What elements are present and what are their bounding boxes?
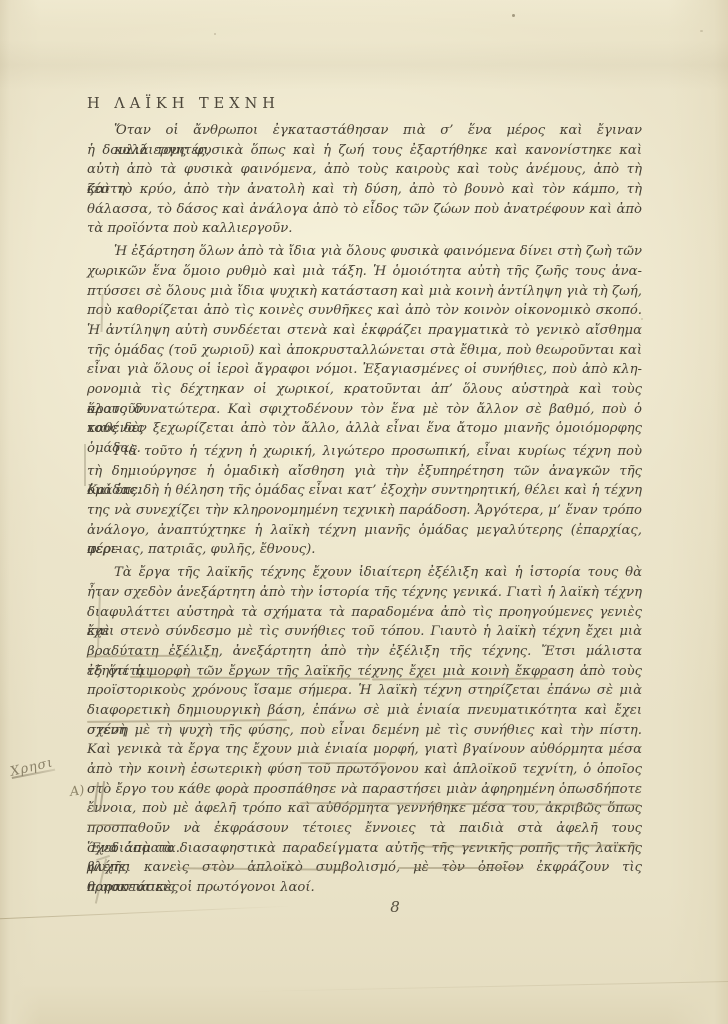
text-line: Καὶ γενικὰ τὰ ἔργα της ἔχουν μιὰ ἑνιαία … xyxy=(87,740,642,760)
text-line: ἀνάλογο, ἀναπτύχτηκε ἡ λαϊκὴ τέχνη μιανῆ… xyxy=(87,521,642,541)
text-line: τὴ δημιούργησε ἡ ὁμαδικὴ αἴσθηση γιὰ τὴν… xyxy=(87,462,642,482)
text-line: ἦταν σχεδὸν ἀνεξάρτητη ἀπὸ τὴν ἱστορία τ… xyxy=(87,583,642,603)
text-line: της νὰ συνεχίζει τὴν κληρονομημένη τεχνι… xyxy=(87,501,642,521)
ink-speck xyxy=(560,338,564,340)
paper-crease xyxy=(240,981,728,992)
text-line: ὅλους δυνατώτερα. Καὶ σφιχτοδένουν τὸν ἕ… xyxy=(87,400,642,420)
page-title: Η ΛΑΪΚΗ ΤΕΧΝΗ xyxy=(87,96,280,112)
text-line: προϊστορικοὺς χρόνους ἴσαμε σήμερα. Ἡ λα… xyxy=(87,681,642,701)
paragraph: Τὰ ἔργα τῆς λαϊκῆς τέχνης ἔχουν ἰδιαίτερ… xyxy=(87,563,642,898)
text-line: χωρικῶν ἕνα ὅμοιο ρυθμὸ καὶ μιὰ τάξη. Ἡ … xyxy=(87,262,642,282)
text-line: Ὅταν οἱ ἄνθρωποι ἐγκαταστάθησαν πιὰ σ’ ἕ… xyxy=(87,121,642,141)
text-line: ρονομιὰ τὶς δέχτηκαν οἱ χωρικοί, κρατοῦν… xyxy=(87,380,642,400)
text-line: Ἡ ἐξάρτηση ὅλων ἀπὸ τὰ ἴδια γιὰ ὅλους φυ… xyxy=(87,242,642,262)
text-line: τὰ προϊόντα ποὺ καλλιεργοῦν. xyxy=(87,219,642,239)
ink-speck xyxy=(641,318,643,320)
paper-crease xyxy=(0,905,294,919)
text-line: Ἡ ἀντίληψη αὐτὴ συνδέεται στενὰ καὶ ἐκφρ… xyxy=(87,321,642,341)
text-line: ἔχει στενὸ σύνδεσμο μὲ τὶς συνήθιες τοῦ … xyxy=(87,622,642,642)
text-line: τους δὲν ξεχωρίζεται ἀπὸ τὸν ἄλλο, ἀλλὰ … xyxy=(87,419,642,439)
text-line: αὐτὴ ἀπὸ τὰ φυσικὰ φαινόμενα, ἀπὸ τοὺς κ… xyxy=(87,160,642,180)
pencil-underline xyxy=(87,824,133,826)
text-line: προσπαθοῦν νὰ ἐκφράσουν τέτοιες ἔννοιες … xyxy=(87,819,642,839)
text-line: φέρειας, πατριᾶς, φυλῆς, ἔθνους). xyxy=(87,540,642,560)
pencil-underline xyxy=(300,762,386,764)
scan-shading xyxy=(0,40,728,90)
text-line: Καὶ ἐπειδὴ ἡ θέληση τῆς ὁμάδας εἶναι κατ… xyxy=(87,481,642,501)
text-line: διαφορετικὴ δημιουργικὴ βάση, ἐπάνω σὲ μ… xyxy=(87,701,642,721)
paragraph: Γιὰ τοῦτο ἡ τέχνη ἡ χωρική, λιγώτερο προ… xyxy=(87,442,642,560)
body-text: Ὅταν οἱ ἄνθρωποι ἐγκαταστάθησαν πιὰ σ’ ἕ… xyxy=(87,121,642,901)
ink-speck xyxy=(700,30,703,32)
text-line: στὸ ἔργο του κάθε φορὰ προσπάθησε νὰ παρ… xyxy=(87,780,642,800)
text-line: καὶ τὸ κρύο, ἀπὸ τὴν ἀνατολὴ καὶ τὴ δύση… xyxy=(87,180,642,200)
ink-speck xyxy=(512,14,515,17)
text-line: σχέση μὲ τὴ ψυχὴ τῆς φύσης, ποὺ εἶναι δε… xyxy=(87,721,642,741)
text-line: παραστάσεις οἱ πρωτόγονοι λαοί. xyxy=(87,878,642,898)
text-line: θάλασσα, τὸ δάσος καὶ ἀνάλογα ἀπὸ τὸ εἶδ… xyxy=(87,200,642,220)
paragraph: Ἡ ἐξάρτηση ὅλων ἀπὸ τὰ ἴδια γιὰ ὅλους φυ… xyxy=(87,242,642,439)
text-line: διαφυλάττει αὐστηρὰ τὰ σχήματα τὰ παραδο… xyxy=(87,603,642,623)
scanned-book-page: Η ΛΑΪΚΗ ΤΕΧΝΗ Ὅταν οἱ ἄνθρωποι ἐγκαταστά… xyxy=(0,0,728,1024)
text-line: βλέπει κανεὶς στὸν ἁπλοϊκὸ συμβολισμό, μ… xyxy=(87,858,642,878)
ink-speck xyxy=(214,33,216,35)
text-line: τῆς ὁμάδας (τοῦ χωριοῦ) καὶ ἀποκρυσταλλώ… xyxy=(87,341,642,361)
pencil-margin-line xyxy=(84,444,86,486)
page-number: 8 xyxy=(380,898,410,916)
text-line: Γιὰ τοῦτο ἡ τέχνη ἡ χωρική, λιγώτερο προ… xyxy=(87,442,642,462)
text-line: εἶναι γιὰ ὅλους οἱ ἱεροὶ ἄγραφοι νόμοι. … xyxy=(87,360,642,380)
handwritten-letter-mark: Α) xyxy=(69,783,85,800)
text-line: Τὰ ἔργα τῆς λαϊκῆς τέχνης ἔχουν ἰδιαίτερ… xyxy=(87,563,642,583)
text-line: πτύσσει σὲ ὅλους μιὰ ἴδια ψυχικὴ κατάστα… xyxy=(87,282,642,302)
handwritten-margin-note: Χρησι xyxy=(9,755,55,779)
text-line: ἡ δουλιά τους φυσικὰ ὅπως καὶ ἡ ζωή τους… xyxy=(87,141,642,161)
text-line: ποὺ καθορίζεται ἀπὸ τὶς κοινὲς συνθῆκες … xyxy=(87,301,642,321)
paragraph: Ὅταν οἱ ἄνθρωποι ἐγκαταστάθησαν πιὰ σ’ ἕ… xyxy=(87,121,642,239)
text-line: Ἕνα ἀπὸ τὰ διασαφηστικὰ παραδείγματα αὐτ… xyxy=(87,839,642,859)
pencil-underline xyxy=(398,867,524,869)
text-line: βραδύτατη ἐξέλιξη, ἀνεξάρτητη ἀπὸ τὴν ἐξ… xyxy=(87,642,642,662)
